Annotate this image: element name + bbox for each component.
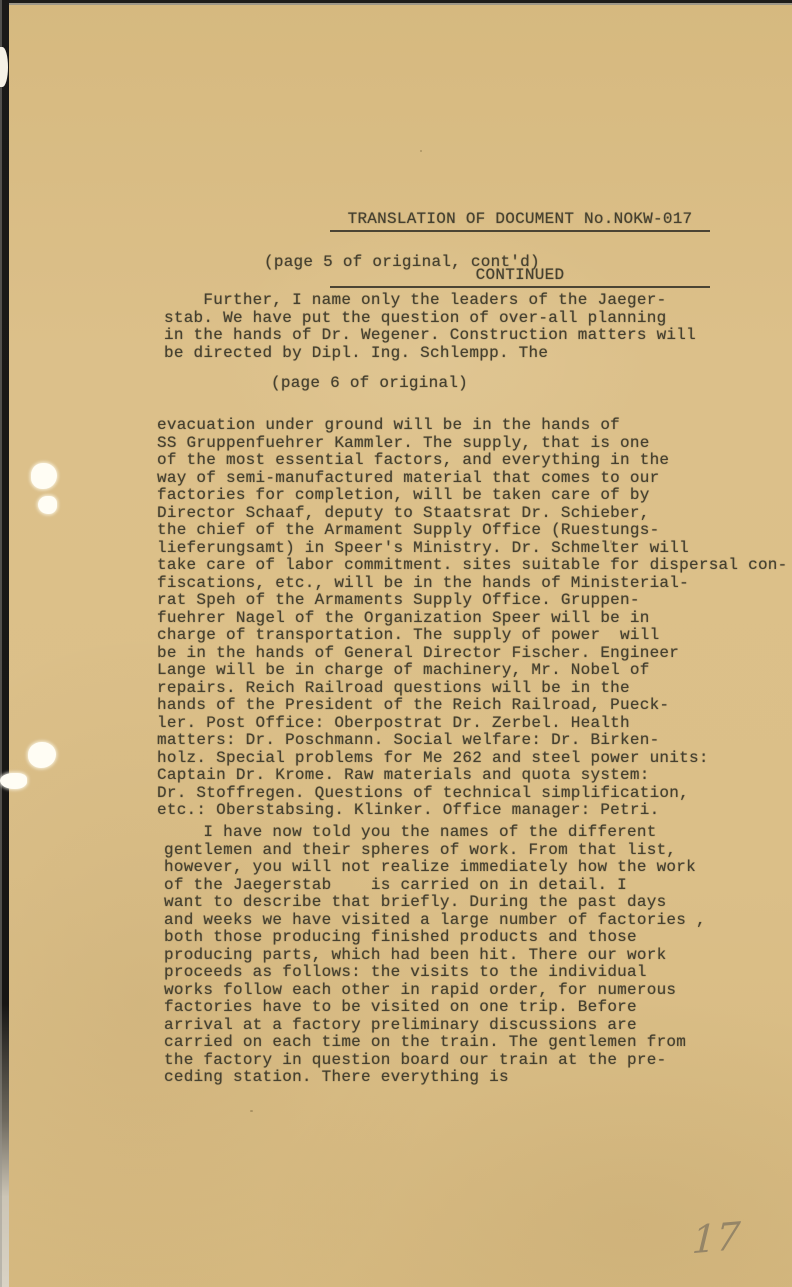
paper-speck: [420, 150, 422, 152]
punch-hole: [38, 496, 57, 514]
paragraph-3: I have now told you the names of the dif…: [164, 824, 706, 1087]
page-5-heading: (page 5 of original, cont'd): [264, 254, 540, 272]
scan-edge-left: [0, 0, 9, 1287]
paragraph-2: evacuation under ground will be in the h…: [157, 417, 788, 820]
punch-hole: [0, 773, 27, 789]
scan-edge-top-shadow: [0, 3, 792, 5]
punch-hole: [28, 742, 56, 768]
page-6-heading: (page 6 of original): [271, 375, 468, 393]
paper-speck: [250, 1110, 253, 1112]
scanned-document-page: TRANSLATION OF DOCUMENT No.NOKW-017 CONT…: [0, 0, 792, 1287]
paragraph-1: Further, I name only the leaders of the …: [164, 292, 696, 362]
document-title: TRANSLATION OF DOCUMENT No.NOKW-017: [330, 211, 710, 232]
paper-speck: [610, 540, 612, 543]
punch-hole: [31, 463, 57, 489]
handwritten-page-number: 17: [691, 1214, 742, 1263]
